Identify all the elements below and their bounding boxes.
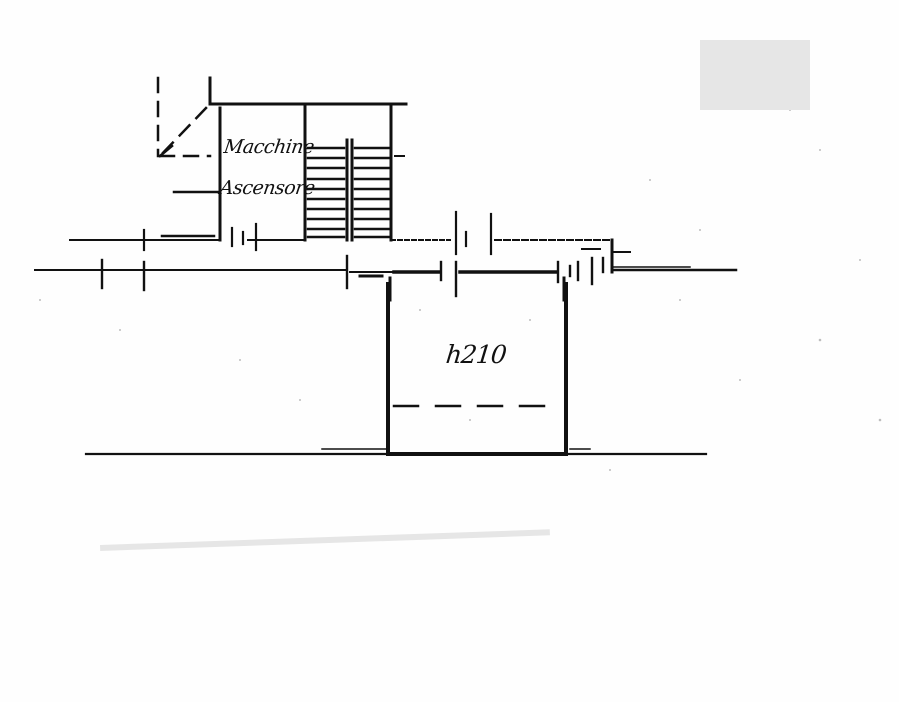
stairs <box>308 140 389 240</box>
main-ticks <box>102 256 603 296</box>
floor-plan-sheet: Macchine Ascensore h210 <box>0 0 899 702</box>
upper-wall-line <box>70 236 630 272</box>
scan-noise <box>39 59 881 471</box>
room-height-label: h210 <box>444 340 507 369</box>
room-label-ascensore: Ascensore <box>218 177 316 199</box>
room-label-macchine: Macchine <box>222 136 315 158</box>
main-wall-line <box>35 267 736 276</box>
door-swing-arc <box>158 78 210 156</box>
